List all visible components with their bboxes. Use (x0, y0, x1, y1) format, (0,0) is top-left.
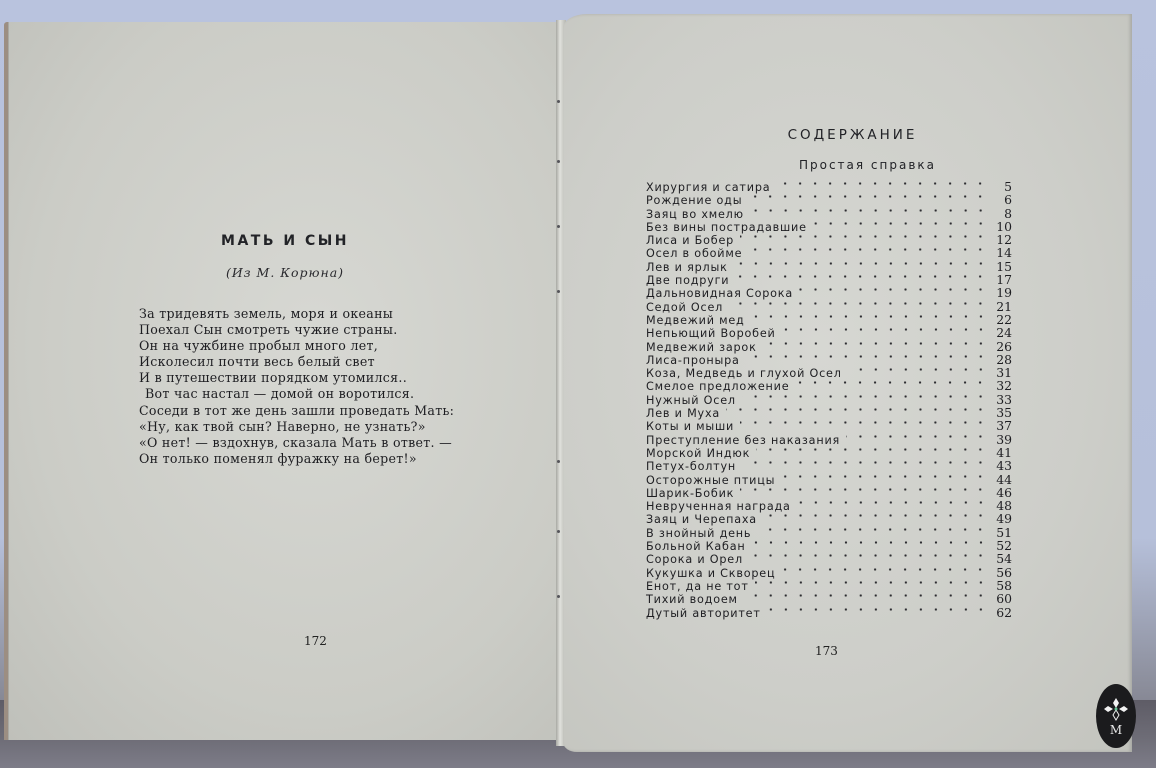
toc-entry-title: Нужный Осел (646, 394, 742, 408)
toc-entry-title: Две подруги (646, 274, 735, 288)
toc-entry: Коза, Медведь и глухой Осел31 (646, 366, 1012, 379)
toc-entry-title: Шарик-Бобик (646, 487, 740, 501)
toc-entry: Осел в обойме14 (646, 246, 1012, 259)
toc-leader-dots (742, 460, 988, 470)
toc-entry-page: 24 (988, 326, 1012, 340)
toc-entry: Лиса и Бобер12 (646, 233, 1012, 246)
toc-entry-title: Дутый авторитет (646, 607, 767, 621)
toc-entry-title: Смелое предложение (646, 380, 795, 394)
toc-entry: Неврученная награда48 (646, 499, 1012, 512)
toc-entry-title: Без вины пострадавшие (646, 221, 813, 235)
toc-leader-dots (729, 301, 988, 311)
toc-leader-dots (782, 327, 988, 337)
toc-leader-dots (813, 221, 988, 231)
toc-leader-dots (740, 234, 988, 244)
toc-entry: Лев и ярлык15 (646, 260, 1012, 273)
toc-leader-dots (751, 314, 988, 324)
toc-leader-dots (748, 194, 988, 204)
toc-entry-page: 37 (988, 419, 1012, 433)
poem-line: Он только поменял фуражку на берет!» (139, 451, 539, 467)
toc-entry-title: Лиса-проныра (646, 354, 746, 368)
toc-entry-title: Осторожные птицы (646, 474, 781, 488)
toc-entry: Смелое предложение32 (646, 379, 1012, 392)
toc-entry-page: 54 (988, 552, 1012, 566)
toc-entry-title: Заяц и Черепаха (646, 513, 763, 527)
toc-entry: Заяц и Черепаха49 (646, 512, 1012, 525)
toc-entry: Преступление без наказания39 (646, 433, 1012, 446)
toc-leader-dots (748, 247, 988, 257)
toc-entry-page: 19 (988, 286, 1012, 300)
toc-entry-page: 62 (988, 606, 1012, 620)
toc-entry: Седой Осел21 (646, 300, 1012, 313)
toc-entry: Кукушка и Скворец56 (646, 566, 1012, 579)
toc-entry-title: Тихий водоем (646, 593, 744, 607)
toc-entry-title: Морской Индюк (646, 447, 756, 461)
toc-leader-dots (752, 540, 988, 550)
toc-entry: Петух-болтун43 (646, 459, 1012, 472)
toc-entry-title: Хирургия и сатира (646, 181, 776, 195)
toc-leader-dots (740, 420, 988, 430)
toc-leader-dots (746, 354, 988, 364)
left-page: МАТЬ И СЫН (Из М. Корюна) За тридевять з… (4, 22, 562, 740)
toc-leader-dots (756, 447, 988, 457)
page-number-left: 172 (304, 634, 327, 648)
poem-line: «Ну, как твой сын? Наверно, не узнать?» (139, 419, 539, 435)
poem-line: И в путешествии порядком утомился.. (139, 370, 539, 386)
table-of-contents: Хирургия и сатира5Рождение оды6Заяц во х… (646, 180, 1012, 619)
toc-entry: Медвежий мед22 (646, 313, 1012, 326)
toc-leader-dots (781, 567, 988, 577)
toc-entry: Морской Индюк41 (646, 446, 1012, 459)
toc-entry-title: Преступление без наказания (646, 434, 846, 448)
binding-stitch (557, 225, 560, 228)
toc-leader-dots (776, 181, 988, 191)
binding-stitch (557, 290, 560, 293)
poem-line: Исколесил почти весь белый свет (139, 354, 539, 370)
binding-stitch (557, 160, 560, 163)
toc-entry-title: Кукушка и Скворец (646, 567, 781, 581)
toc-leader-dots (763, 513, 988, 523)
toc-heading: СОДЕРЖАНИЕ (563, 127, 1132, 143)
poem-subtitle: (Из М. Корюна) (8, 265, 562, 280)
toc-entry: Тихий водоем60 (646, 592, 1012, 605)
poem-line: За тридевять земель, моря и океаны (139, 306, 539, 322)
toc-entry-title: Рождение оды (646, 194, 748, 208)
watermark-logo: M (1096, 684, 1136, 748)
toc-entry-title: Больной Кабан (646, 540, 752, 554)
toc-entry: Шарик-Бобик46 (646, 486, 1012, 499)
toc-section-title: Простая справка (563, 158, 1132, 172)
poem-title: МАТЬ И СЫН (8, 233, 562, 249)
toc-leader-dots (781, 474, 988, 484)
toc-entry-title: Неврученная награда (646, 500, 797, 514)
toc-entry: Осторожные птицы44 (646, 473, 1012, 486)
toc-entry-page: 44 (988, 473, 1012, 487)
binding-stitch (557, 100, 560, 103)
toc-entry-title: Енот, да не тот (646, 580, 755, 594)
binding-stitch (557, 595, 560, 598)
toc-entry-title: Дальновидная Сорока (646, 287, 799, 301)
toc-entry: Нужный Осел33 (646, 393, 1012, 406)
toc-entry-title: Осел в обойме (646, 247, 748, 261)
toc-entry-title: Заяц во хмелю (646, 208, 750, 222)
toc-leader-dots (846, 434, 988, 444)
toc-entry: Рождение оды6 (646, 193, 1012, 206)
toc-entry: Лев и Муха35 (646, 406, 1012, 419)
binding-stitch (557, 460, 560, 463)
toc-leader-dots (750, 208, 988, 218)
toc-entry-title: Лев и Муха (646, 407, 726, 421)
toc-entry: Коты и мыши37 (646, 419, 1012, 432)
toc-entry-title: Коза, Медведь и глухой Осел (646, 367, 848, 381)
toc-leader-dots (740, 487, 988, 497)
toc-entry-page: 60 (988, 592, 1012, 606)
poem-line: Он на чужбине пробыл много лет, (139, 338, 539, 354)
toc-leader-dots (726, 407, 988, 417)
toc-entry-title: Коты и мыши (646, 420, 740, 434)
toc-entry: Заяц во хмелю8 (646, 207, 1012, 220)
page-number-right: 173 (815, 644, 838, 658)
toc-entry-page: 6 (988, 193, 1012, 207)
toc-entry-title: В знойный день (646, 527, 757, 541)
toc-entry: Непьющий Воробей24 (646, 326, 1012, 339)
toc-entry: Больной Кабан52 (646, 539, 1012, 552)
toc-leader-dots (757, 527, 988, 537)
poem-body: За тридевять земель, моря и океаны Поеха… (139, 306, 539, 467)
toc-entry-page: 32 (988, 379, 1012, 393)
toc-leader-dots (799, 287, 988, 297)
toc-entry: В знойный день51 (646, 526, 1012, 539)
poem-line: Вот час настал — домой он воротился. (139, 386, 539, 402)
toc-leader-dots (735, 274, 988, 284)
toc-entry-title: Медвежий мед (646, 314, 751, 328)
toc-entry-title: Сорока и Орел (646, 553, 749, 567)
toc-leader-dots (795, 380, 988, 390)
toc-entry-title: Лиса и Бобер (646, 234, 740, 248)
ornament-logo-icon: M (1102, 692, 1130, 740)
toc-leader-dots (755, 580, 988, 590)
toc-entry: Хирургия и сатира5 (646, 180, 1012, 193)
right-page: СОДЕРЖАНИЕ Простая справка Хирургия и са… (563, 14, 1132, 752)
logo-letter: M (1110, 723, 1122, 737)
toc-leader-dots (749, 553, 988, 563)
toc-entry-page: 43 (988, 459, 1012, 473)
toc-leader-dots (734, 261, 988, 271)
toc-entry-title: Петух-болтун (646, 460, 742, 474)
toc-leader-dots (742, 394, 988, 404)
toc-entry-title: Медвежий зарок (646, 341, 763, 355)
toc-leader-dots (744, 593, 988, 603)
toc-entry-title: Лев и ярлык (646, 261, 734, 275)
toc-leader-dots (797, 500, 988, 510)
toc-entry-page: 14 (988, 246, 1012, 260)
toc-leader-dots (848, 367, 988, 377)
toc-entry: Дутый авторитет62 (646, 606, 1012, 619)
toc-entry: Медвежий зарок26 (646, 340, 1012, 353)
toc-entry: Лиса-проныра28 (646, 353, 1012, 366)
toc-entry-page: 49 (988, 512, 1012, 526)
toc-entry: Дальновидная Сорока19 (646, 286, 1012, 299)
toc-entry: Сорока и Орел54 (646, 552, 1012, 565)
binding-stitch (557, 530, 560, 533)
toc-leader-dots (767, 607, 988, 617)
toc-entry: Енот, да не тот58 (646, 579, 1012, 592)
poem-line: Соседи в тот же день зашли проведать Мат… (139, 403, 539, 419)
poem-line: Поехал Сын смотреть чужие страны. (139, 322, 539, 338)
toc-entry-title: Седой Осел (646, 301, 729, 315)
toc-entry: Две подруги17 (646, 273, 1012, 286)
toc-entry: Без вины пострадавшие10 (646, 220, 1012, 233)
toc-leader-dots (763, 341, 988, 351)
poem-line: «О нет! — вздохнув, сказала Мать в ответ… (139, 435, 539, 451)
toc-entry-title: Непьющий Воробей (646, 327, 782, 341)
